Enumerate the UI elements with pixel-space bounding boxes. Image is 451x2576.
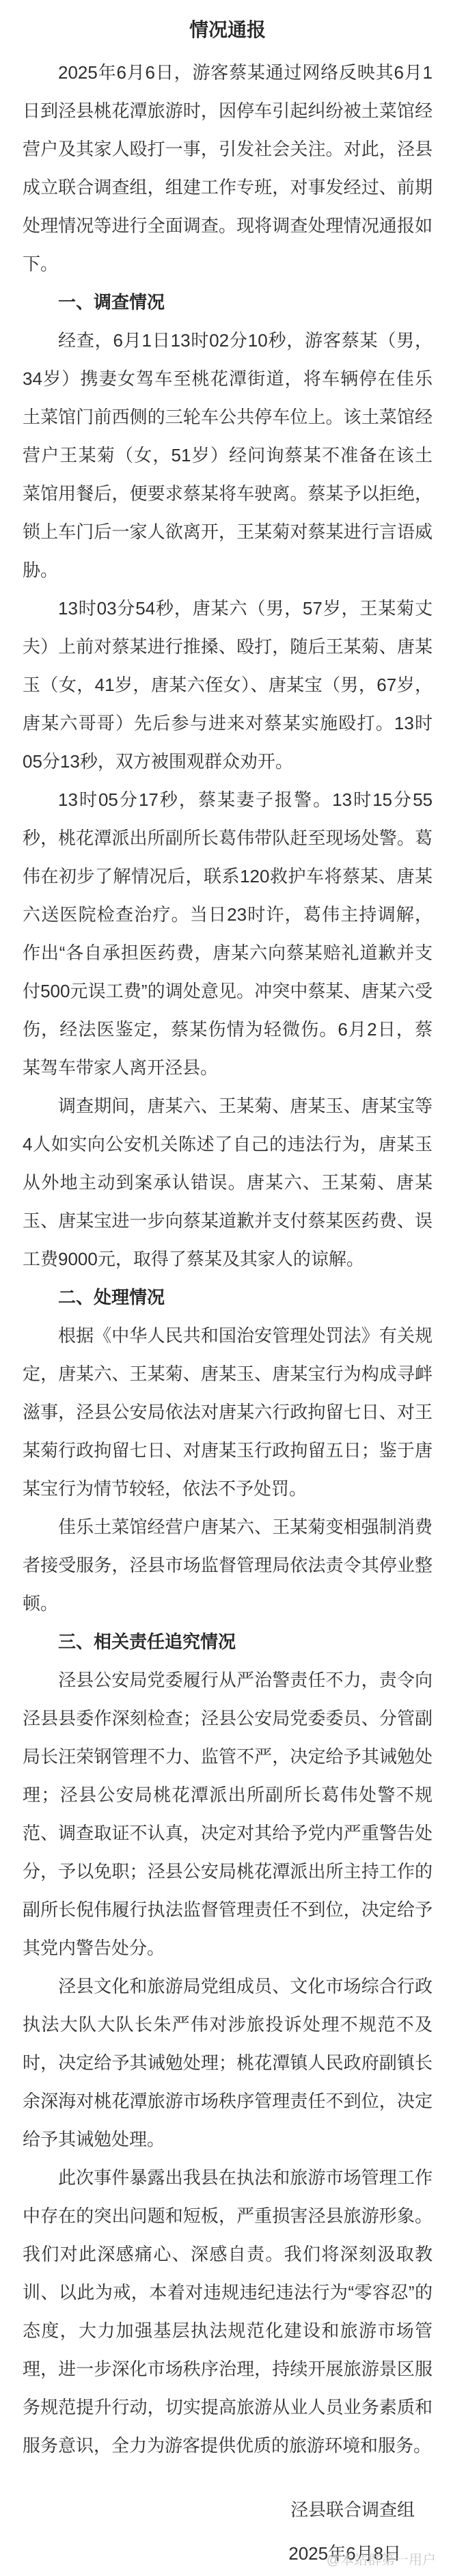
signature-organization: 泾县联合调查组 — [23, 2491, 433, 2529]
notice-document: 情况通报 2025年6月6日，游客蔡某通过网络反映其6月1日到泾县桃花潭旅游时，… — [0, 0, 451, 2576]
paragraph-punishment: 根据《中华人民共和国治安管理处罚法》有关规定，唐某六、王某菊、唐某玉、唐某宝行为… — [23, 1316, 433, 1508]
paragraph-business-suspension: 佳乐土菜馆经营户唐某六、王某菊变相强制消费者接受服务，泾县市场监督管理局依法责令… — [23, 1508, 433, 1623]
paragraph-police-accountability: 泾县公安局党委履行从严治警责任不力，责令向泾县县委作深刻检查；泾县公安局党委委员… — [23, 1661, 433, 1967]
paragraph-tourism-accountability: 泾县文化和旅游局党组成员、文化市场综合行政执法大队大队长朱严伟对涉旅投诉处理不规… — [23, 1967, 433, 2158]
paragraph-conclusion: 此次事件暴露出我县在执法和旅游市场管理工作中存在的突出问题和短板，严重损害泾县旅… — [23, 2158, 433, 2465]
paragraph-investigation-period: 调查期间，唐某六、王某菊、唐某玉、唐某宝等4人如实向公安机关陈述了自己的违法行为… — [23, 1087, 433, 1278]
watermark-text: @本站群第一用户 — [327, 2553, 436, 2568]
paragraph-police-response: 13时05分17秒，蔡某妻子报警。13时15分55秒，桃花潭派出所副所长葛伟带队… — [23, 781, 433, 1087]
section-heading-accountability: 三、相关责任追究情况 — [23, 1623, 433, 1661]
section-heading-handling: 二、处理情况 — [23, 1278, 433, 1316]
section-heading-investigation: 一、调查情况 — [23, 283, 433, 321]
document-title: 情况通报 — [23, 10, 433, 51]
paragraph-intro: 2025年6月6日，游客蔡某通过网络反映其6月1日到泾县桃花潭旅游时，因停车引起… — [23, 53, 433, 283]
paragraph-assault-details: 13时03分54秒，唐某六（男，57岁，王某菊丈夫）上前对蔡某进行推搡、殴打，随… — [23, 589, 433, 781]
paragraph-incident-start: 经查，6月1日13时02分10秒，游客蔡某（男，34岁）携妻女驾车至桃花潭街道，… — [23, 321, 433, 589]
